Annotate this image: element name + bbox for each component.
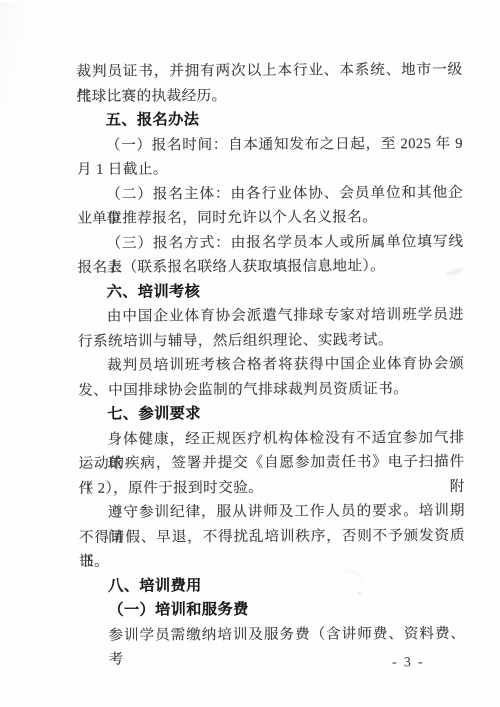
body-line: 行系统培训与辅导，然后组织理论、实践考试。 [78, 327, 464, 354]
body-line: 裁判员证书，并拥有两次以上本行业、本系统、地市一级气 [76, 58, 462, 85]
body-line: 遵守参训纪律，服从讲师及工作人员的要求。培训期间 [79, 499, 465, 526]
body-line: 报名表（联系报名联络人获取填报信息地址）。 [77, 254, 463, 281]
body-line: 不得请假、早退，不得扰乱培训秩序，否则不予颁发资质证 [79, 523, 465, 550]
body-line: 参训学员需缴纳培训及服务费（含讲师费、资料费、考 [79, 621, 465, 648]
section-heading-5: 五、报名办法 [77, 107, 463, 134]
body-line: 月 1 日截止。 [77, 156, 463, 183]
body-line: 裁判员培训班考核合格者将获得中国企业体育协会颁 [78, 352, 464, 379]
section-heading-8: 八、培训费用 [79, 572, 465, 599]
body-line: 排球比赛的执裁经历。 [77, 82, 463, 109]
body-line: 运动的疾病，签署并提交《自愿参加责任书》电子扫描件（附 [79, 450, 465, 477]
page-number: - 3 - [80, 652, 466, 674]
body-line: 由中国企业体育协会派遣气排球专家对培训班学员进 [78, 303, 464, 330]
body-line: 书。 [79, 548, 465, 575]
body-line: 发、中国排球协会监制的气排球裁判员资质证书。 [78, 376, 464, 403]
document-body: 裁判员证书，并拥有两次以上本行业、本系统、地市一级气 排球比赛的执裁经历。 五、… [76, 58, 465, 674]
body-line: （二）报名主体：由各行业体协、会员单位和其他企事 [77, 180, 463, 207]
section-heading-6: 六、培训考核 [78, 278, 464, 305]
body-line: 业单位推荐报名，同时允许以个人名义报名。 [77, 205, 463, 232]
section-heading-7: 七、参训要求 [78, 401, 464, 428]
body-line: 身体健康，经正规医疗机构体检没有不适宜参加气排球 [78, 425, 464, 452]
subsection-heading: （一）培训和服务费 [79, 597, 465, 624]
document-page: 裁判员证书，并拥有两次以上本行业、本系统、地市一级气 排球比赛的执裁经历。 五、… [0, 0, 500, 707]
body-line: （三）报名方式：由报名学员本人或所属单位填写线上 [77, 229, 463, 256]
body-line: （一）报名时间：自本通知发布之日起，至 2025 年 9 [77, 131, 463, 158]
